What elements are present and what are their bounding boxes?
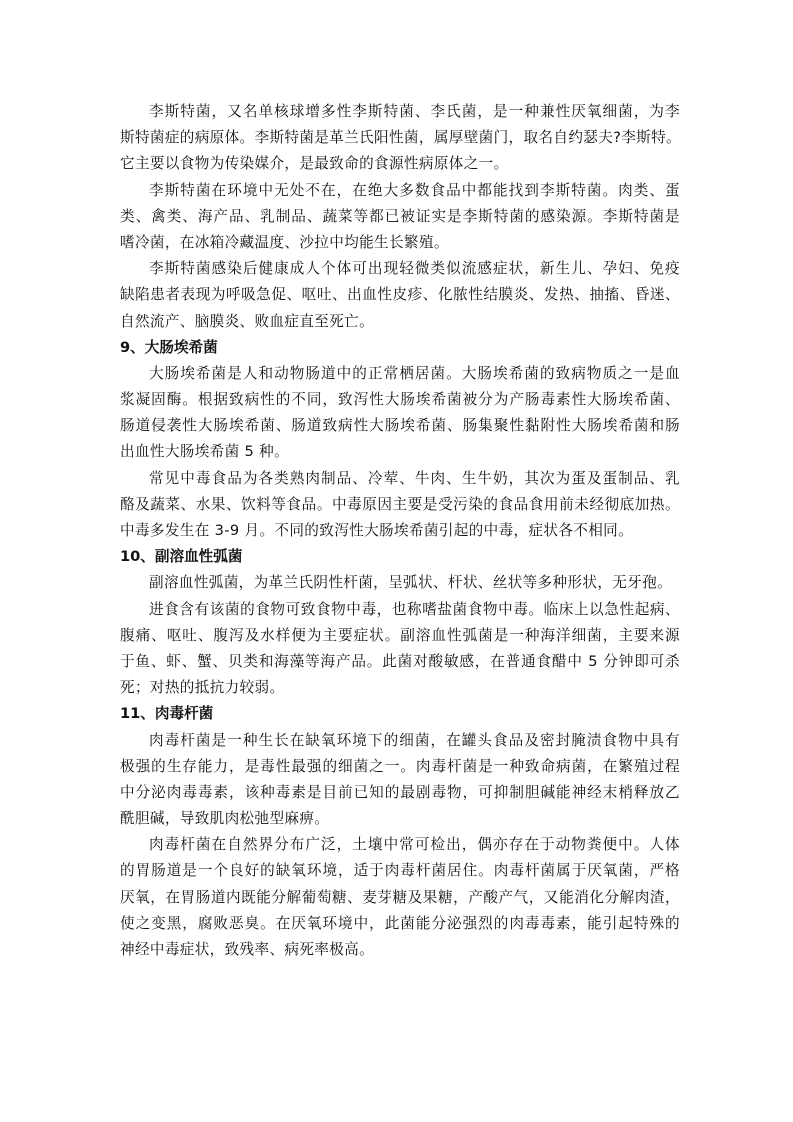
- section-heading-ecoli: 9、大肠埃希菌: [120, 335, 680, 361]
- paragraph-listeria-environment: 李斯特菌在环境中无处不在，在绝大多数食品中都能找到李斯特菌。肉类、蛋 类、禽类、…: [120, 178, 680, 257]
- text-line: 厌氧，在胃肠道内既能分解葡萄糖、麦芽糖及果糖，产酸产气，又能消化分解肉渣，: [120, 885, 680, 911]
- text-line: 腹痛、呕吐、腹泻及水样便为主要症状。副溶血性弧菌是一种海洋细菌，主要来源: [120, 623, 680, 649]
- text-line: 中分泌肉毒毒素，该种毒素是目前已知的最剧毒物，可抑制胆碱能神经末梢释放乙: [120, 780, 680, 806]
- text-line: 浆凝固酶。根据致病性的不同，致泻性大肠埃希菌被分为产肠毒素性大肠埃希菌、: [120, 387, 680, 413]
- document-page: 李斯特菌，又名单核球增多性李斯特菌、李氏菌，是一种兼性厌氧细菌，为李 斯特菌症的…: [120, 99, 680, 963]
- text-line: 缺陷患者表现为呼吸急促、呕吐、出血性皮疹、化脓性结膜炎、发热、抽搐、昏迷、: [120, 282, 680, 308]
- text-line: 李斯特菌在环境中无处不在，在绝大多数食品中都能找到李斯特菌。肉类、蛋: [120, 178, 680, 204]
- text-line: 斯特菌症的病原体。李斯特菌是革兰氏阳性菌，属厚壁菌门，取名自约瑟夫?李斯特。: [120, 125, 680, 151]
- paragraph-botulinum-intro: 肉毒杆菌是一种生长在缺氧环境下的细菌，在罐头食品及密封腌渍食物中具有 极强的生存…: [120, 728, 680, 833]
- text-line: 肠道侵袭性大肠埃希菌、肠道致病性大肠埃希菌、肠集聚性黏附性大肠埃希菌和肠: [120, 413, 680, 439]
- text-line: 出血性大肠埃希菌 5 种。: [120, 439, 680, 465]
- text-line: 嗜冷菌，在冰箱冷藏温度、沙拉中均能生长繁殖。: [120, 230, 680, 256]
- paragraph-ecoli-foods: 常见中毒食品为各类熟肉制品、冷荤、牛肉、生牛奶，其次为蛋及蛋制品、乳 酪及蔬菜、…: [120, 466, 680, 545]
- paragraph-vibrio-poisoning: 进食含有该菌的食物可致食物中毒，也称嗜盐菌食物中毒。临床上以急性起病、 腹痛、呕…: [120, 597, 680, 702]
- text-line: 的胃肠道是一个良好的缺氧环境，适于肉毒杆菌居住。肉毒杆菌属于厌氧菌，严格: [120, 858, 680, 884]
- text-line: 类、禽类、海产品、乳制品、蔬菜等都已被证实是李斯特菌的感染源。李斯特菌是: [120, 204, 680, 230]
- section-heading-vibrio: 10、副溶血性弧菌: [120, 544, 680, 570]
- paragraph-listeria-symptoms: 李斯特菌感染后健康成人个体可出现轻微类似流感症状，新生儿、孕妇、免疫 缺陷患者表…: [120, 256, 680, 335]
- section-heading-botulinum: 11、肉毒杆菌: [120, 701, 680, 727]
- text-line: 常见中毒食品为各类熟肉制品、冷荤、牛肉、生牛奶，其次为蛋及蛋制品、乳: [120, 466, 680, 492]
- text-line: 李斯特菌，又名单核球增多性李斯特菌、李氏菌，是一种兼性厌氧细菌，为李: [120, 99, 680, 125]
- text-line: 李斯特菌感染后健康成人个体可出现轻微类似流感症状，新生儿、孕妇、免疫: [120, 256, 680, 282]
- paragraph-botulinum-habitat: 肉毒杆菌在自然界分布广泛，土壤中常可检出，偶亦存在于动物粪便中。人体 的胃肠道是…: [120, 832, 680, 963]
- paragraph-ecoli-intro: 大肠埃希菌是人和动物肠道中的正常栖居菌。大肠埃希菌的致病物质之一是血 浆凝固酶。…: [120, 361, 680, 466]
- text-line: 死；对热的抵抗力较弱。: [120, 675, 680, 701]
- text-line: 副溶血性弧菌，为革兰氏阴性杆菌，呈弧状、杆状、丝状等多种形状，无牙孢。: [120, 570, 680, 596]
- text-line: 肉毒杆菌在自然界分布广泛，土壤中常可检出，偶亦存在于动物粪便中。人体: [120, 832, 680, 858]
- text-line: 极强的生存能力，是毒性最强的细菌之一。肉毒杆菌是一种致命病菌，在繁殖过程: [120, 754, 680, 780]
- text-line: 神经中毒症状，致残率、病死率极高。: [120, 937, 680, 963]
- text-line: 进食含有该菌的食物可致食物中毒，也称嗜盐菌食物中毒。临床上以急性起病、: [120, 597, 680, 623]
- text-line: 肉毒杆菌是一种生长在缺氧环境下的细菌，在罐头食品及密封腌渍食物中具有: [120, 728, 680, 754]
- text-line: 它主要以食物为传染媒介，是最致命的食源性病原体之一。: [120, 151, 680, 177]
- text-line: 大肠埃希菌是人和动物肠道中的正常栖居菌。大肠埃希菌的致病物质之一是血: [120, 361, 680, 387]
- text-line: 中毒多发生在 3-9 月。不同的致泻性大肠埃希菌引起的中毒，症状各不相同。: [120, 518, 680, 544]
- text-line: 酪及蔬菜、水果、饮料等食品。中毒原因主要是受污染的食品食用前未经彻底加热。: [120, 492, 680, 518]
- paragraph-listeria-intro: 李斯特菌，又名单核球增多性李斯特菌、李氏菌，是一种兼性厌氧细菌，为李 斯特菌症的…: [120, 99, 680, 178]
- text-line: 自然流产、脑膜炎、败血症直至死亡。: [120, 309, 680, 335]
- text-line: 酰胆碱，导致肌肉松弛型麻痹。: [120, 806, 680, 832]
- text-line: 使之变黑，腐败恶臭。在厌氧环境中，此菌能分泌强烈的肉毒毒素，能引起特殊的: [120, 911, 680, 937]
- text-line: 于鱼、虾、蟹、贝类和海藻等海产品。此菌对酸敏感，在普通食醋中 5 分钟即可杀: [120, 649, 680, 675]
- paragraph-vibrio-morphology: 副溶血性弧菌，为革兰氏阴性杆菌，呈弧状、杆状、丝状等多种形状，无牙孢。: [120, 570, 680, 596]
